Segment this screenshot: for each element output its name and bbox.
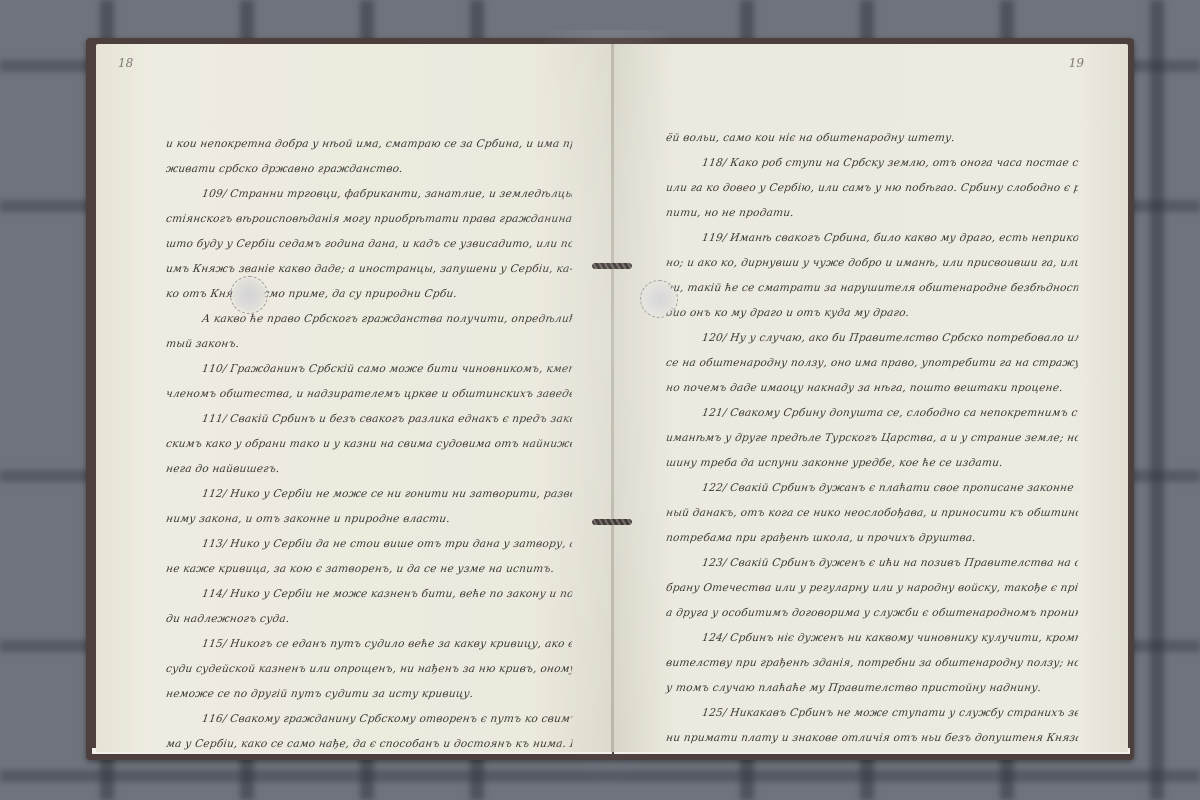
manuscript-line: иманѣмъ у другe предѣле Турскогъ Царства… — [664, 426, 1080, 451]
manuscript-line: членомъ обштества, и надзирателемъ цркве… — [164, 382, 574, 407]
manuscript-line: нега до найвишегъ. — [164, 457, 574, 482]
manuscript-line: 113/ Нико у Сербіи да не стои више отъ т… — [164, 532, 574, 557]
left-page: 18 и кои непокретна добра у нѣой има, см… — [96, 44, 612, 752]
binding-stitch — [592, 263, 632, 269]
grid-bar — [1150, 0, 1164, 800]
manuscript-line: А какво ће право Србскогъ гражданства по… — [164, 307, 574, 332]
right-page-text: ёй вольи, само кои ніє на обштенародну ш… — [666, 126, 1078, 752]
manuscript-line: вителству при грађенѣ зданія, потребни з… — [664, 651, 1080, 676]
manuscript-line: пити, но не продати. — [664, 201, 1080, 226]
manuscript-line: потребама при грађенѣ школа, и прочихъ д… — [664, 526, 1080, 551]
manuscript-line: но; и ако ко, дирнувши у чуже добро и им… — [664, 251, 1080, 276]
manuscript-line: 120/ Ну у случаю, ако би Правителство Ср… — [664, 326, 1080, 351]
manuscript-line: и кои непокретна добра у нѣой има, сматр… — [164, 132, 574, 157]
left-page-text: и кои непокретна добра у нѣой има, сматр… — [166, 132, 572, 752]
manuscript-line: 124/ Србинъ ніє дуженъ ни каквому чиновн… — [664, 626, 1080, 651]
seal-stamp — [640, 280, 678, 318]
manuscript-line: но почемъ даде имаоцу накнаду за нѣга, п… — [664, 376, 1080, 401]
manuscript-line: 121/ Свакому Србину допушта се, слободно… — [664, 401, 1080, 426]
manuscript-line: 114/ Нико у Сербіи не може казненъ бити,… — [164, 582, 574, 607]
manuscript-line: 112/ Нико у Сербіи не може се ни гонити … — [164, 482, 574, 507]
binding-stitch — [592, 519, 632, 525]
manuscript-line: ко отъ Княза писмо приме, да су природни… — [164, 282, 574, 307]
manuscript-line: не каже кривица, за кою є затворенъ, и д… — [164, 557, 574, 582]
manuscript-line: ёй вольи, само кои ніє на обштенародну ш… — [664, 126, 1080, 151]
manuscript-line: суди судейской казненъ или опрощенъ, ни … — [164, 657, 574, 682]
manuscript-line: ни, такій ће се сматрати за нарушителя о… — [664, 276, 1080, 301]
manuscript-line: живати србско државно гражданство. — [164, 157, 574, 182]
manuscript-line: 123/ Свакій Србинъ дуженъ є ићи на позив… — [664, 551, 1080, 576]
grid-bar — [0, 770, 1200, 782]
page-number: 19 — [1069, 56, 1084, 70]
manuscript-line: 116/ Свакому гражданину Србскому отворен… — [164, 707, 574, 732]
manuscript-line: или га ко довео у Сербію, или самъ у ню … — [664, 176, 1080, 201]
manuscript-line: а друга у особитимъ договорима у служби … — [664, 601, 1080, 626]
manuscript-line: 119/ Иманѣ свакогъ Србина, било какво му… — [664, 226, 1080, 251]
manuscript-line: тый законъ. — [164, 332, 574, 357]
manuscript-line: 110/ Гражданинъ Србскій само може бити ч… — [164, 357, 574, 382]
manuscript-line: ни примати плату и знакове отличія отъ н… — [664, 726, 1080, 751]
manuscript-line: ди надлежногъ суда. — [164, 607, 574, 632]
manuscript-line: што буду у Сербіи седамъ година дана, и … — [164, 232, 574, 257]
manuscript-line: имъ Княжъ званіе какво даде; а иностранц… — [164, 257, 574, 282]
manuscript-line: у томъ случаю плаћаће му Правителство пр… — [664, 676, 1080, 701]
manuscript-line: стіянскогъ вѣроисповѣданія могу приобрѣт… — [164, 207, 574, 232]
manuscript-line: ма у Сербіи, како се само нађе, да є спо… — [164, 732, 574, 752]
manuscript-line: 115/ Никогъ се еданъ путъ судило веће за… — [164, 632, 574, 657]
manuscript-line: 122/ Свакій Србинъ дужанъ є плаћати свое… — [664, 476, 1080, 501]
manuscript-line: 109/ Странни трговци, фабриканти, занатл… — [164, 182, 574, 207]
page-number: 18 — [118, 56, 133, 70]
manuscript-line: шину треба да испуни законне уредбе, кое… — [664, 451, 1080, 476]
manuscript-line: 118/ Како роб ступи на Србску землю, отъ… — [664, 151, 1080, 176]
right-page: 19 ёй вольи, само кои ніє на обштенародн… — [614, 44, 1128, 752]
manuscript-line: ный данакъ, отъ кога се нико неослобођав… — [664, 501, 1080, 526]
manuscript-line: био онъ ко му драго и отъ куда му драго. — [664, 301, 1080, 326]
manuscript-line: неможе се по другій путъ судити за исту … — [164, 682, 574, 707]
manuscript-line: ниму закона, и отъ законне и природне вл… — [164, 507, 574, 532]
seal-stamp — [230, 276, 268, 314]
manuscript-line: се на обштенародну ползу, оно има право,… — [664, 351, 1080, 376]
manuscript-line: скимъ како у обрани тако и у казни на св… — [164, 432, 574, 457]
manuscript-line: свога. — [664, 751, 1080, 752]
manuscript-line: 111/ Свакій Србинъ и безъ свакогъ разлик… — [164, 407, 574, 432]
manuscript-line: 125/ Никакавъ Србинъ не може ступати у с… — [664, 701, 1080, 726]
manuscript-line: брану Отечества или у регуларну или у на… — [664, 576, 1080, 601]
